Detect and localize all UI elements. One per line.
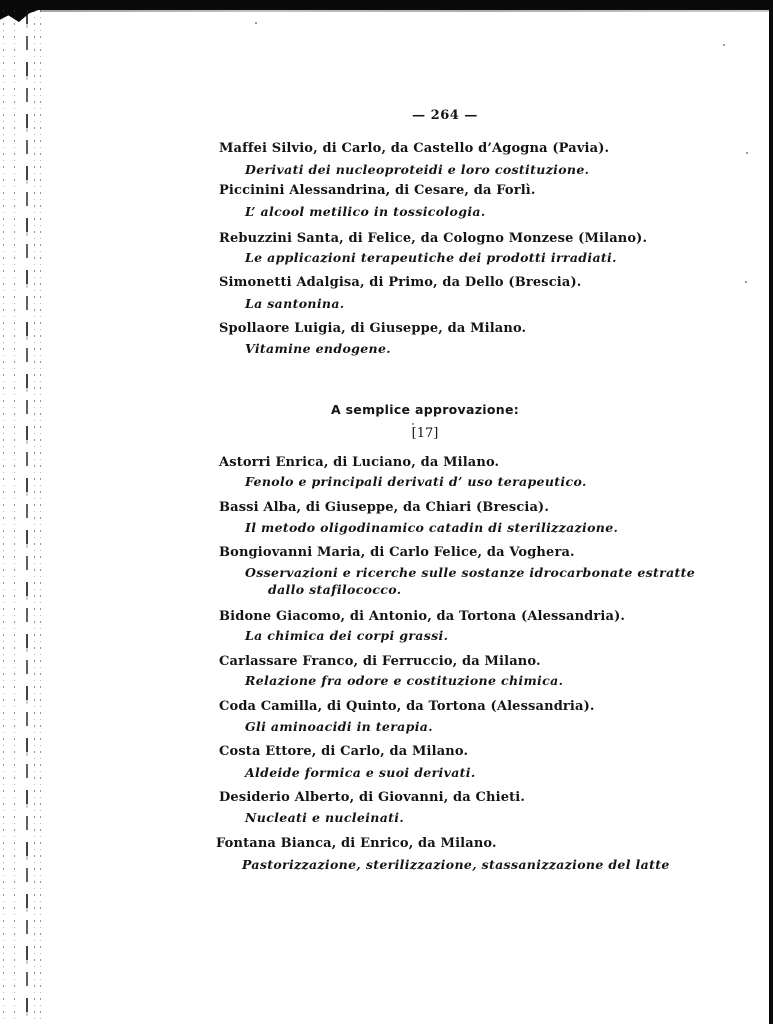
entry-name: Bidone Giacomo, di Antonio, da Tortona (… — [219, 609, 625, 625]
scan-binding-gutter — [0, 10, 48, 1024]
gutter-streak — [34, 10, 35, 1024]
entry-name: Carlassare Franco, di Ferruccio, da Mila… — [219, 654, 541, 670]
entry-name: Rebuzzini Santa, di Felice, da Cologno M… — [219, 231, 647, 247]
gutter-streak — [14, 10, 15, 1024]
entry-name: Astorri Enrica, di Luciano, da Milano. — [219, 455, 499, 471]
section-count: [17] — [395, 426, 455, 441]
entry-name: Simonetti Adalgisa, di Primo, da Dello (… — [219, 275, 581, 291]
entry-name: Bongiovanni Maria, di Carlo Felice, da V… — [219, 545, 575, 561]
gutter-streak — [3, 10, 4, 1024]
entry-name: Desiderio Alberto, di Giovanni, da Chiet… — [219, 790, 525, 806]
entry-name: Fontana Bianca, di Enrico, da Milano. — [216, 836, 497, 852]
entry-title: Vitamine endogene. — [245, 341, 391, 357]
entry-name: Spollaore Luigia, di Giuseppe, da Milano… — [219, 321, 526, 337]
entry-title: Osservazioni e ricerche sulle sostanze i… — [245, 565, 623, 581]
entry-name: Piccinini Alessandrina, di Cesare, da Fo… — [219, 183, 536, 199]
scan-speck — [745, 281, 747, 283]
scan-speck — [255, 22, 257, 24]
entry-name: Maffei Silvio, di Carlo, da Castello d’A… — [219, 141, 609, 157]
entry-title: Fenolo e principali derivati d’ uso tera… — [245, 474, 587, 490]
entry-title: La chimica dei corpi grassi. — [245, 628, 448, 644]
entry-title: Le applicazioni terapeutiche dei prodott… — [245, 250, 617, 266]
scan-speck — [723, 44, 725, 46]
scan-speck — [746, 152, 748, 154]
entry-name: Costa Ettore, di Carlo, da Milano. — [219, 744, 468, 760]
page-number: — 264 — — [400, 108, 490, 123]
entry-title: La santonina. — [245, 296, 345, 312]
gutter-streak — [26, 10, 28, 1024]
entry-name: Coda Camilla, di Quinto, da Tortona (Ale… — [219, 699, 595, 715]
entry-title: L’ alcool metilico in tossicologia. — [245, 204, 486, 220]
entry-title: Pastorizzazione, sterilizzazione, stassa… — [242, 857, 670, 873]
section-heading: A semplice approvazione: — [300, 402, 550, 417]
entry-title: Relazione fra odore e costituzione chimi… — [245, 673, 563, 689]
entry-title: Derivati dei nucleoproteidi e loro costi… — [245, 162, 589, 178]
scan-right-border — [769, 0, 773, 1024]
entry-title: Gli aminoacidi in terapia. — [245, 719, 433, 735]
entry-title: Il metodo oligodinamico catadin di steri… — [245, 520, 618, 536]
entry-title: Aldeide formica e suoi derivati. — [245, 765, 476, 781]
scan-top-border — [0, 0, 773, 10]
gutter-streak — [40, 10, 41, 1024]
scan-speck — [412, 423, 414, 425]
entry-name: Bassi Alba, di Giuseppe, da Chiari (Bres… — [219, 500, 549, 516]
entry-title-continuation: dallo stafilococco. — [268, 582, 401, 598]
entry-title: Nucleati e nucleinati. — [245, 810, 404, 826]
